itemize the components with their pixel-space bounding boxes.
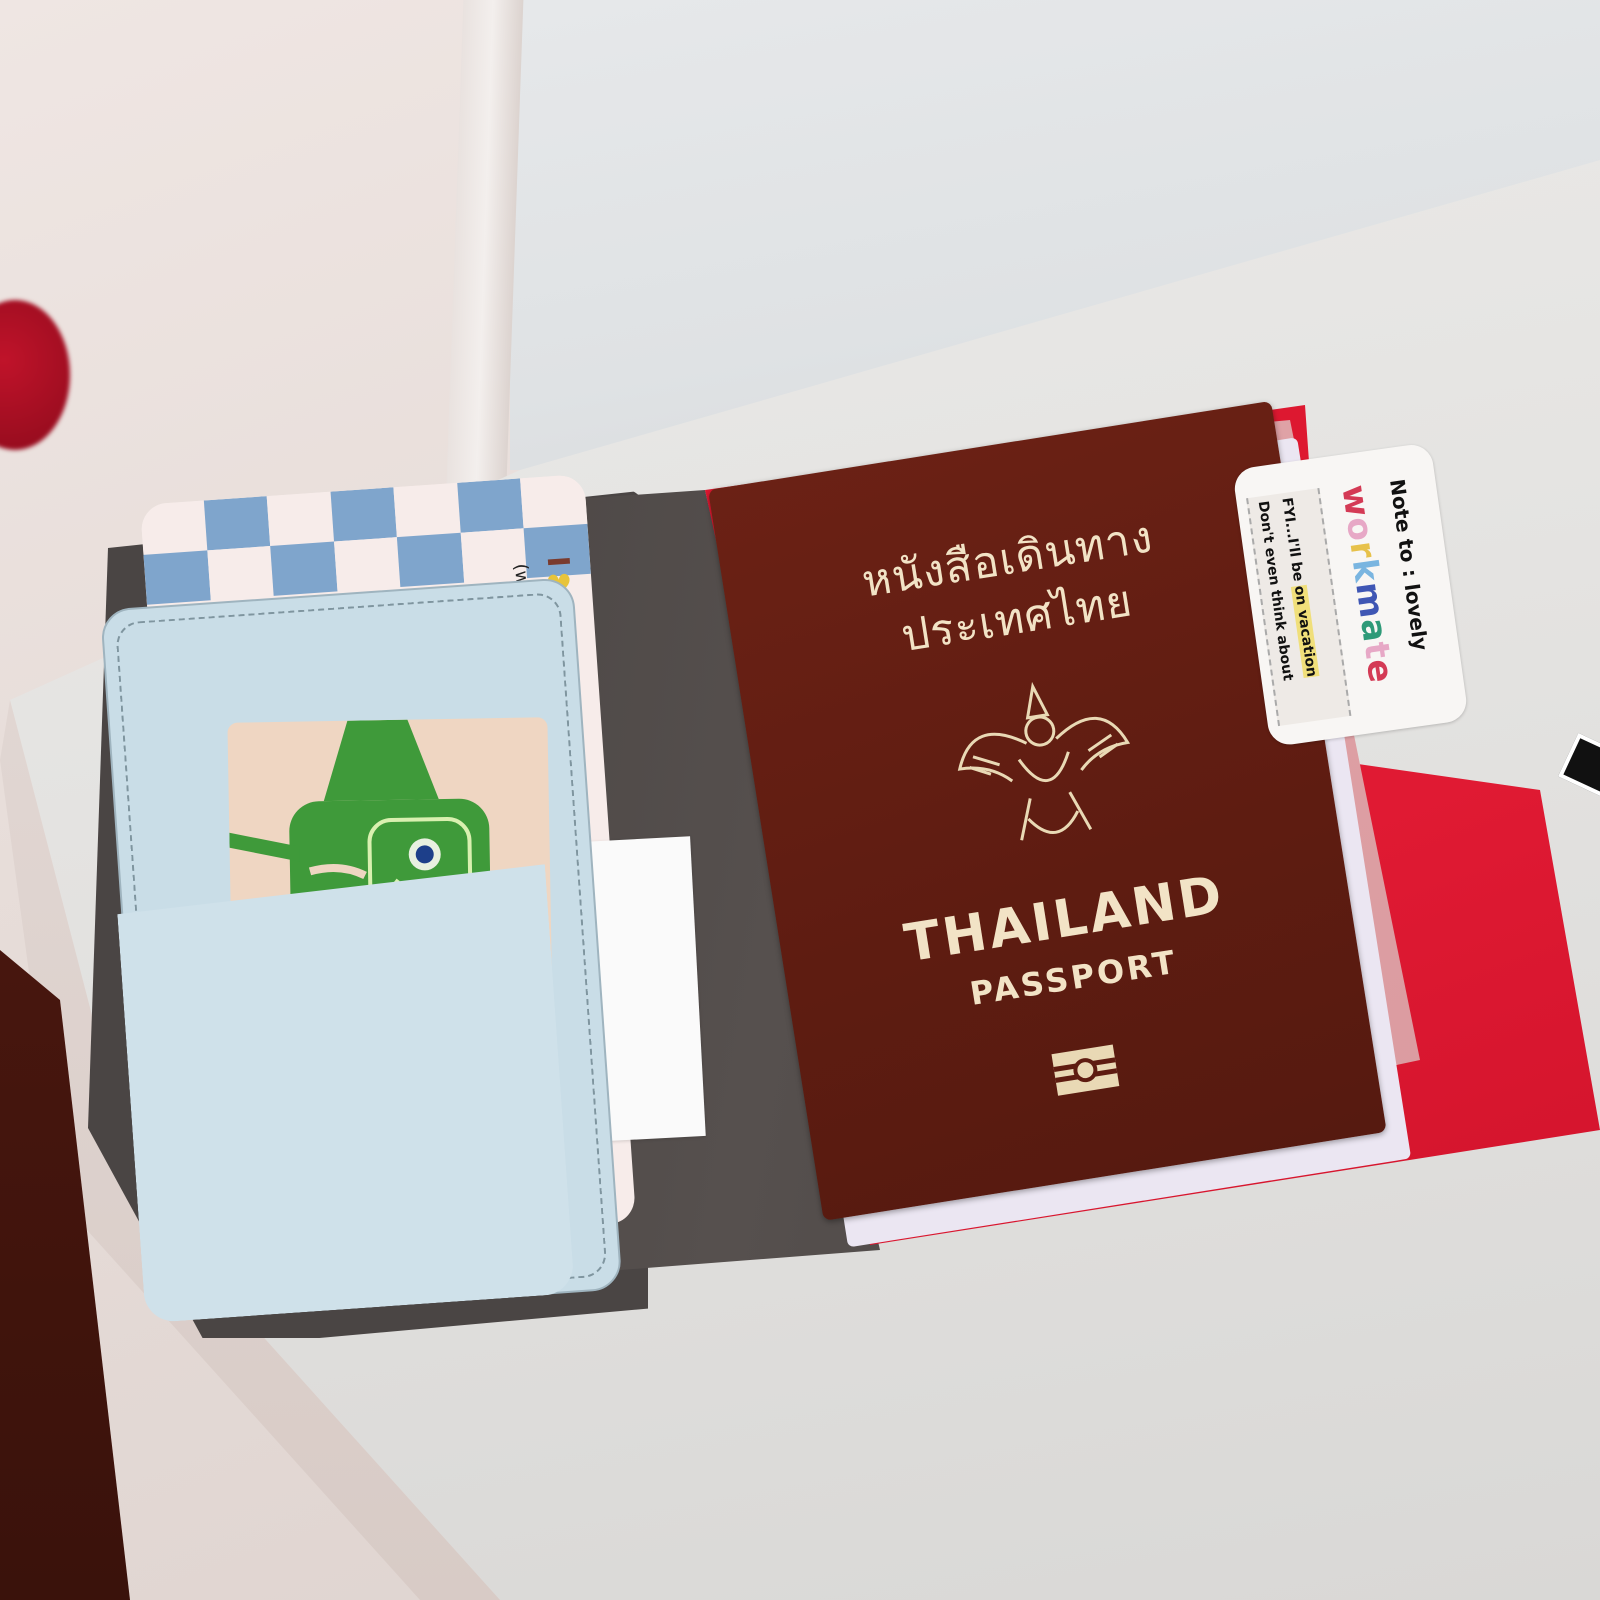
garuda-emblem-icon [936, 652, 1155, 879]
brand-letter: e [1358, 657, 1401, 686]
note-tag[interactable]: Note to : lovely workmate FYI...I'll be … [1232, 442, 1469, 747]
brand-letter: m [1347, 580, 1392, 622]
photo-scene: I♥myjob (when I'm on vacation) หนังสือเด… [0, 0, 1600, 1600]
biometric-chip-icon [1050, 1043, 1120, 1096]
